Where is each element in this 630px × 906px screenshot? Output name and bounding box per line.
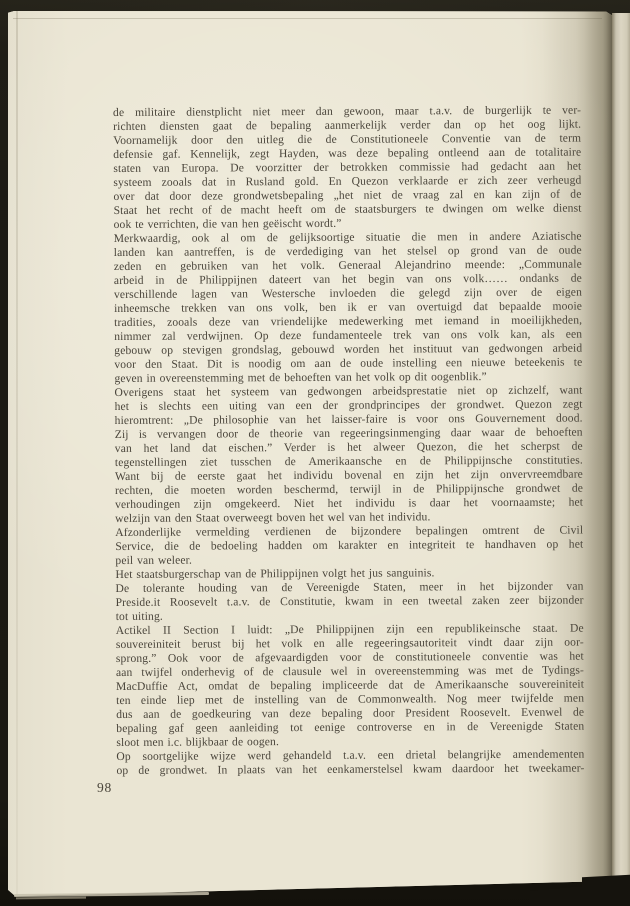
paragraph: Actikel II Section I luidt: „De Philippi… [116, 622, 585, 750]
text-line: Preside.it Roosevelt t.a.v. de Constitut… [116, 594, 584, 610]
next-page-edge [612, 13, 630, 878]
page-number: 98 [97, 780, 112, 796]
left-page-crease [16, 11, 18, 897]
scanned-book-page: de militaire dienstplicht niet meer dan … [0, 0, 630, 906]
paragraph: Merkwaardig, ook al om de gelijksoortige… [114, 230, 583, 386]
underlying-page-edge-line [13, 18, 602, 19]
text-line: bepaling gaf geen aanleiding tot eenige … [116, 720, 584, 736]
text-line: op de grondwet. In plaats van het eenkam… [116, 762, 584, 778]
paragraph: De tolerante houding van de Vereenigde S… [115, 580, 583, 624]
paragraph: Overigens staat het systeem van gedwonge… [114, 384, 583, 526]
text-line: verhoudingen zijn omgekeerd. Niet het in… [115, 496, 583, 512]
paragraph: Op soortgelijke wijze werd gehandeld t.a… [116, 748, 584, 778]
paragraph: de militaire dienstplicht niet meer dan … [113, 104, 582, 232]
paragraph: Afzonderlijke vermelding verdienen de bi… [115, 524, 583, 568]
page-text: de militaire dienstplicht niet meer dan … [113, 104, 585, 778]
text-line: Service, die de bedoeling hadden om kara… [115, 538, 583, 554]
book-page: de militaire dienstplicht niet meer dan … [8, 11, 612, 897]
text-line: voor den Staat. Dit is noodig om aan de … [114, 356, 582, 372]
text-line: Staat het recht of de macht heeft om de … [114, 202, 582, 218]
page-stack-edge-bottom-2 [16, 897, 86, 900]
